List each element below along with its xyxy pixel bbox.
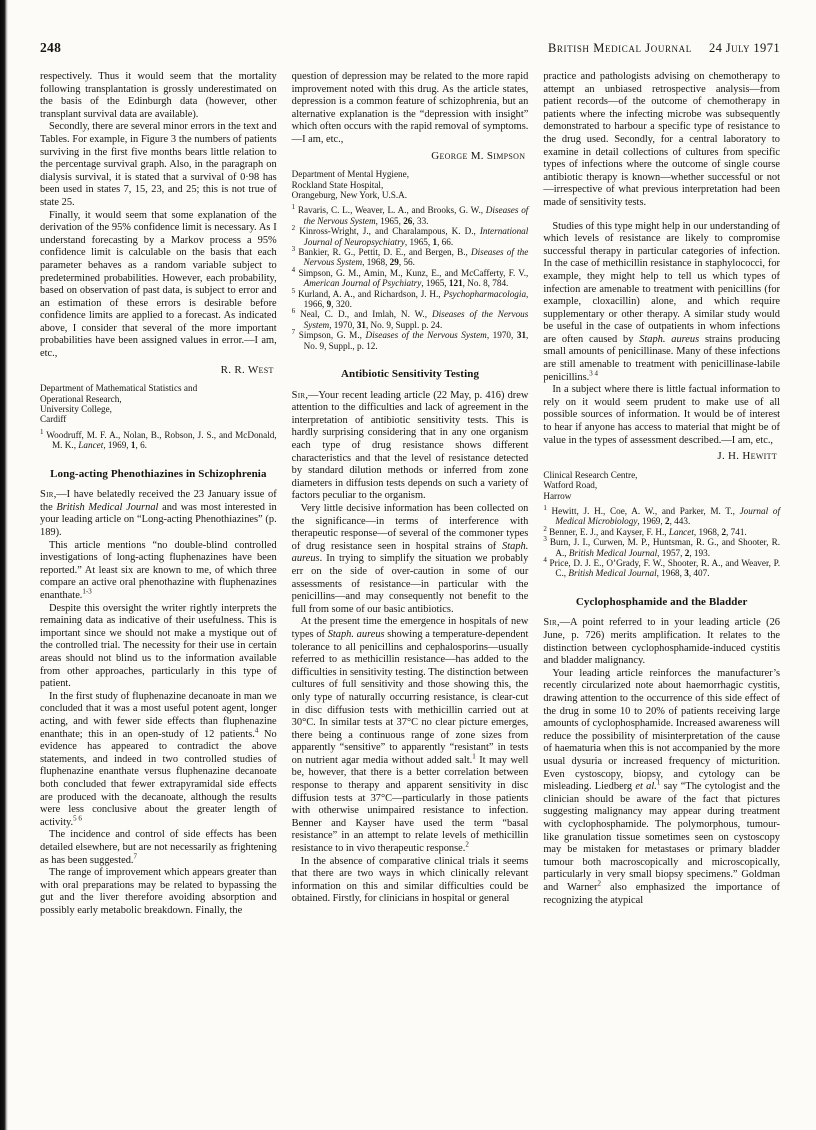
journal-page: 248 British Medical Journal 24 July 1971…: [0, 0, 816, 917]
reference-list: 1 Ravaris, C. L., Weaver, L. A., and Bro…: [292, 205, 529, 351]
reference-item: 5 Kurland, A. A., and Richardson, J. H.,…: [292, 289, 529, 310]
reference-item: 3 Bankier, R. G., Pettit, D. E., and Ber…: [292, 247, 529, 268]
letter-heading: Cyclophosphamide and the Bladder: [543, 596, 780, 609]
address: Clinical Research Centre,Watford Road,Ha…: [543, 470, 780, 501]
paragraph: question of depression may be related to…: [292, 71, 529, 147]
paragraph: practice and pathologists advising on ch…: [543, 71, 780, 210]
letters-columns: respectively. Thus it would seem that th…: [40, 71, 780, 917]
journal-date: 24 July 1971: [709, 41, 780, 55]
paragraph: The incidence and control of side effect…: [40, 829, 277, 867]
reference-list: 1 Woodruff, M. F. A., Nolan, B., Robson,…: [40, 430, 277, 451]
reference-item: 4 Price, D. J. E., O’Grady, F. W., Shoot…: [543, 558, 780, 579]
reference-item: 2 Kinross-Wright, J., and Charalampous, …: [292, 226, 529, 247]
page-number: 248: [40, 40, 61, 56]
paragraph: Studies of this type might help in our u…: [543, 221, 780, 385]
paragraph: In the first study of fluphenazine decan…: [40, 691, 277, 830]
address-line: Department of Mathematical Statistics an…: [40, 383, 277, 393]
paragraph: At the present time the emergence in hos…: [292, 616, 529, 855]
letter-heading: Antibiotic Sensitivity Testing: [292, 368, 529, 381]
address-line: Operational Research,: [40, 394, 277, 404]
paragraph: Very little decisive information has bee…: [292, 503, 529, 616]
page-header: 248 British Medical Journal 24 July 1971: [40, 40, 780, 56]
reference-list: 1 Hewitt, J. H., Coe, A. W., and Parker,…: [543, 506, 780, 579]
paragraph: In the absence of comparative clinical t…: [292, 856, 529, 906]
address: Department of Mental Hygiene,Rockland St…: [292, 169, 529, 200]
journal-title: British Medical Journal: [548, 41, 692, 55]
paragraph: Despite this oversight the writer rightl…: [40, 603, 277, 691]
column-2: question of depression may be related to…: [292, 71, 529, 917]
paragraph: Sir,—Your recent leading article (22 May…: [292, 390, 529, 503]
reference-item: 2 Benner, E. J., and Kayser, F. H., Lanc…: [543, 527, 780, 537]
reference-item: 3 Burn, J. I., Curwen, M. P., Huntsman, …: [543, 537, 780, 558]
journal-masthead: British Medical Journal 24 July 1971: [548, 41, 780, 56]
scan-gutter-shadow: [0, 0, 8, 1130]
paragraph: Your leading article reinforces the manu…: [543, 668, 780, 907]
letter-heading: Long-acting Phenothiazines in Schizophre…: [40, 468, 277, 481]
address-line: Harrow: [543, 491, 780, 501]
paragraph: This article mentions “no double-blind c…: [40, 540, 277, 603]
signature: J. H. Hewitt: [543, 450, 780, 463]
paragraph: Finally, it would seem that some explana…: [40, 210, 277, 361]
signature: George M. Simpson: [292, 150, 529, 163]
reference-item: 4 Simpson, G. M., Amin, M., Kunz, E., an…: [292, 268, 529, 289]
address-line: Cardiff: [40, 414, 277, 424]
address-line: University College,: [40, 404, 277, 414]
paragraph: respectively. Thus it would seem that th…: [40, 71, 277, 121]
paragraph: In a subject where there is little factu…: [543, 384, 780, 447]
address-line: Clinical Research Centre,: [543, 470, 780, 480]
address-line: Orangeburg, New York, U.S.A.: [292, 190, 529, 200]
paragraph: The range of improvement which appears g…: [40, 867, 277, 917]
reference-item: 1 Woodruff, M. F. A., Nolan, B., Robson,…: [40, 430, 277, 451]
address-line: Rockland State Hospital,: [292, 180, 529, 190]
address-line: Department of Mental Hygiene,: [292, 169, 529, 179]
address-line: Watford Road,: [543, 480, 780, 490]
column-3: practice and pathologists advising on ch…: [543, 71, 780, 917]
paragraph: Sir,—A point referred to in your leading…: [543, 617, 780, 667]
reference-item: 7 Simpson, G. M., Diseases of the Nervou…: [292, 330, 529, 351]
reference-item: 1 Ravaris, C. L., Weaver, L. A., and Bro…: [292, 205, 529, 226]
reference-item: 6 Neal, C. D., and Imlah, N. W., Disease…: [292, 309, 529, 330]
paragraph: Secondly, there are several minor errors…: [40, 121, 277, 209]
paragraph: Sir,—I have belatedly received the 23 Ja…: [40, 489, 277, 539]
address: Department of Mathematical Statistics an…: [40, 383, 277, 425]
column-1: respectively. Thus it would seem that th…: [40, 71, 277, 917]
signature: R. R. West: [40, 364, 277, 377]
reference-item: 1 Hewitt, J. H., Coe, A. W., and Parker,…: [543, 506, 780, 527]
